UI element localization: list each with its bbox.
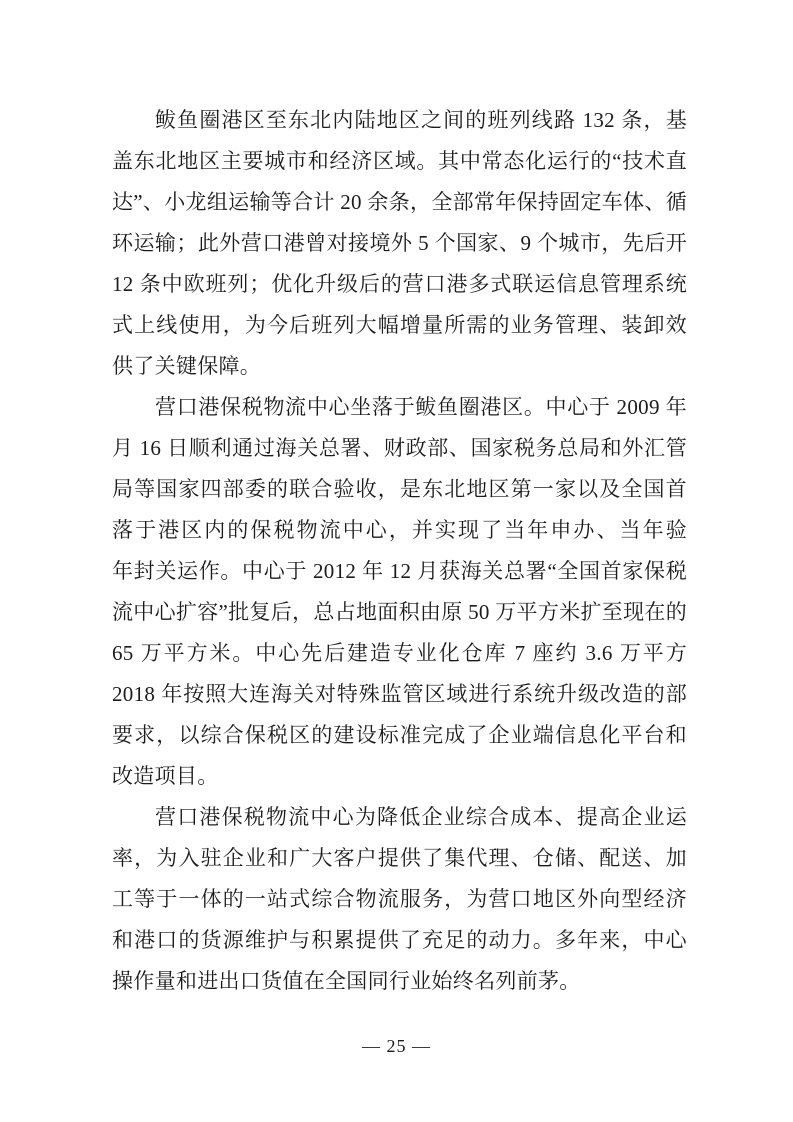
text-line: 环运输；此外营口港曾对接境外 5 个国家、9 个城市，先后开通	[112, 223, 687, 264]
text-line: 12 条中欧班列；优化升级后的营口港多式联运信息管理系统正	[112, 264, 687, 305]
text-line: 盖东北地区主要城市和经济区域。其中常态化运行的“技术直	[112, 141, 687, 182]
text-line: 65 万平方米。中心先后建造专业化仓库 7 座约 3.6 万平方米，于	[112, 633, 687, 674]
text-line: 月 16 日顺利通过海关总署、财政部、国家税务总局和外汇管理	[112, 428, 687, 469]
text-line: 式上线使用，为今后班列大幅增量所需的业务管理、装卸效率提	[112, 305, 687, 346]
text-line: 年封关运作。中心于 2012 年 12 月获海关总署“全国首家保税物	[112, 551, 687, 592]
paragraph-rail-lines: 鲅鱼圈港区至东北内陆地区之间的班列线路 132 条，基本覆 盖东北地区主要城市和…	[112, 100, 687, 387]
text-line: 和港口的货源维护与积累提供了充足的动力。多年来，中心货物	[112, 920, 687, 961]
text-line: 2018 年按照大连海关对特殊监管区域进行系统升级改造的部署	[112, 674, 687, 715]
text-line: 工等于一体的一站式综合物流服务，为营口地区外向型经济发展	[112, 879, 687, 920]
paragraph-bonded-logistics-center: 营口港保税物流中心坐落于鲅鱼圈港区。中心于 2009 年 9 月 16 日顺利通…	[112, 387, 687, 797]
text-line: 流中心扩容”批复后，总占地面积由原 50 万平方米扩至现在的	[112, 592, 687, 633]
text-line: 营口港保税物流中心坐落于鲅鱼圈港区。中心于 2009 年 9	[112, 387, 687, 428]
text-line: 落于港区内的保税物流中心，并实现了当年申办、当年验收、当	[112, 510, 687, 551]
page-number: — 25 —	[0, 1036, 793, 1057]
paragraph-logistics-services: 营口港保税物流中心为降低企业综合成本、提高企业运作效 率，为入驻企业和广大客户提…	[112, 797, 687, 1002]
document-page: 鲅鱼圈港区至东北内陆地区之间的班列线路 132 条，基本覆 盖东北地区主要城市和…	[0, 0, 793, 1122]
text-line: 供了关键保障。	[112, 346, 687, 387]
text-line: 达”、小龙组运输等合计 20 余条，全部常年保持固定车体、循	[112, 182, 687, 223]
text-line: 改造项目。	[112, 756, 687, 797]
text-line: 操作量和进出口货值在全国同行业始终名列前茅。	[112, 961, 687, 1002]
text-line: 鲅鱼圈港区至东北内陆地区之间的班列线路 132 条，基本覆	[112, 100, 687, 141]
text-line: 要求，以综合保税区的建设标准完成了企业端信息化平台和卡口	[112, 715, 687, 756]
text-line: 率，为入驻企业和广大客户提供了集代理、仓储、配送、加单加	[112, 838, 687, 879]
text-line: 营口港保税物流中心为降低企业综合成本、提高企业运作效	[112, 797, 687, 838]
text-line: 局等国家四部委的联合验收，是东北地区第一家以及全国首家坐	[112, 469, 687, 510]
document-body: 鲅鱼圈港区至东北内陆地区之间的班列线路 132 条，基本覆 盖东北地区主要城市和…	[112, 100, 687, 1002]
